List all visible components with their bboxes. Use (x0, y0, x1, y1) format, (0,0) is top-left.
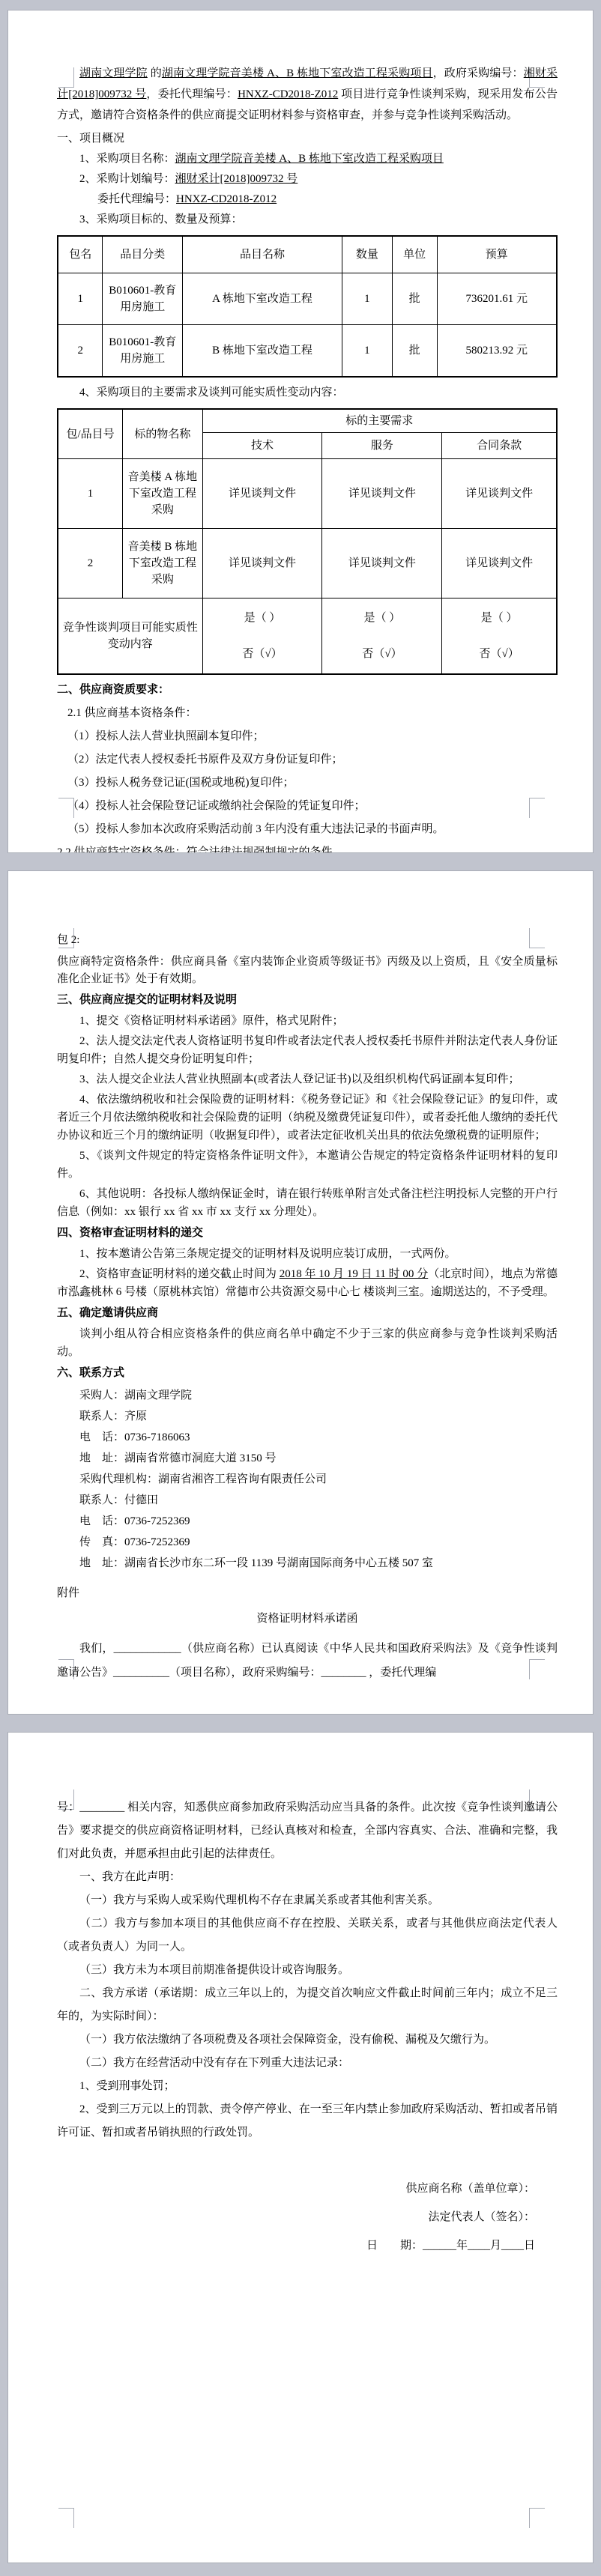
budget-table: 包名 品目分类 品目名称 数量 单位 预算 1 B010601-教育用房施工 A… (57, 235, 558, 378)
deadline-datetime: 2018 年 10 月 19 日 11 时 00 分 (280, 1268, 429, 1280)
data-cell: 736201.61 元 (437, 273, 557, 325)
table-row-substantive-change: 竞争性谈判项目可能实质性变动内容 是（ ）否（√） 是（ ）否（√） 是（ ）否… (58, 598, 557, 675)
header-cell: 合同条款 (442, 433, 557, 459)
commitment-item: （二）我方在经营活动中没有存在下列重大违法记录： (57, 2052, 558, 2075)
item-project-name: 1、采购项目名称：湖南文理学院音美楼 A、B 栋地下室改造工程采购项目 (57, 150, 558, 169)
data-cell: 1 (58, 273, 103, 325)
data-cell: 竞争性谈判项目可能实质性变动内容 (58, 598, 202, 675)
header-cell: 预算 (437, 236, 557, 273)
page-1-content: 湖南文理学院 的湖南文理学院音美楼 A、B 栋地下室改造工程采购项目，政府采购编… (57, 63, 558, 852)
label: 委托代理编号： (97, 193, 176, 205)
material-item: 1、提交《资格证明材料承诺函》原件，格式见附件； (57, 1012, 558, 1030)
item-plan-no: 2、采购计划编号：湘财采计[2018]009732 号 (57, 170, 558, 189)
violation-item: 1、受到刑事处罚； (57, 2075, 558, 2098)
data-cell: B 栋地下室改造工程 (182, 325, 342, 378)
label: 2、采购计划编号： (79, 173, 175, 185)
page-3: 号：________ 相关内容，知悉供应商参加政府采购活动应当具备的条件。此次按… (8, 1733, 593, 2563)
signature-block: 供应商名称（盖单位章）： 法定代表人（签名）： 日 期：______年____月… (57, 2175, 558, 2260)
text-segment: ，委托代理编 (366, 1667, 437, 1679)
label: 1、采购项目名称： (79, 153, 175, 165)
table-header-row: 包/品目号 标的物名称 标的主要需求 (58, 409, 557, 433)
contact-line: 联系人：齐原 (57, 1406, 558, 1427)
qualification-item: （1）投标人法人营业执照副本复印件； (57, 727, 558, 746)
material-item: 6、其他说明：各投标人缴纳保证金时，请在银行转账单附言处式备注栏注明投标人完整的… (57, 1185, 558, 1221)
page-2-content: 包 2: 供应商特定资格条件：供应商具备《室内装饰企业资质等级证书》丙级及以上资… (57, 931, 558, 1685)
text-segment: ，委托代理编号： (146, 88, 238, 100)
declaration-heading: 一、我方在此声明： (57, 1866, 558, 1889)
data-cell: 详见谈判文件 (442, 529, 557, 598)
promise-paragraph-2: 号：________ 相关内容，知悉供应商参加政府采购活动应当具备的条件。此次按… (57, 1796, 558, 1866)
contact-line: 传 真：0736-7252369 (57, 1532, 558, 1553)
heading-materials-to-submit: 三、供应商应提交的证明材料及说明 (57, 991, 558, 1009)
yes-no-cell: 是（ ）否（√） (322, 598, 442, 675)
yes-no-cell: 是（ ）否（√） (202, 598, 322, 675)
qualification-item: （3）投标人税务登记证(国税或地税)复印件； (57, 774, 558, 793)
declaration-item: （一）我方与采购人或采购代理机构不存在隶属关系或者其他利害关系。 (57, 1889, 558, 1912)
data-cell: 2 (58, 325, 103, 378)
project-name: 湖南文理学院音美楼 A、B 栋地下室改造工程采购项目 (162, 67, 433, 79)
value: 湘财采计[2018]009732 号 (175, 173, 298, 185)
table-row: 2 音美楼 B 栋地下室改造工程采购 详见谈判文件 详见谈判文件 详见谈判文件 (58, 529, 557, 598)
data-cell: 详见谈判文件 (442, 459, 557, 529)
delivery-item-deadline: 2、资格审查证明材料的递交截止时间为 2018 年 10 月 19 日 11 时… (57, 1265, 558, 1301)
header-cell: 技术 (202, 433, 322, 459)
yes-option: 是（ ） (206, 610, 319, 626)
text-segment: 相关内容，知悉供应商参加政府采购活动应当具备的条件。此次按《竞争性谈判邀请公告》… (57, 1801, 558, 1860)
header-cell: 包名 (58, 236, 103, 273)
qualification-item: （5）投标人参加本次政府采购活动前 3 年内没有重大违法记录的书面声明。 (57, 820, 558, 839)
material-item: 4、依法缴纳税收和社会保险费的证明材料：《税务登记证》和《社会保险登记证》的复印… (57, 1091, 558, 1145)
header-cell: 包/品目号 (58, 409, 123, 459)
qualification-item: （4）投标人社会保险登记证或缴纳社会保险的凭证复印件； (57, 797, 558, 816)
contact-line: 地 址：湖南省常德市洞庭大道 3150 号 (57, 1448, 558, 1469)
intro-paragraph: 湖南文理学院 的湖南文理学院音美楼 A、B 栋地下室改造工程采购项目，政府采购编… (57, 63, 558, 126)
signature-legal-rep: 法定代表人（签名）： (57, 2203, 558, 2231)
yes-option: 是（ ） (325, 610, 438, 626)
header-cell: 服务 (322, 433, 442, 459)
declaration-item: （二）我方与参加本项目的其他供应商不存在控股、关联关系，或者与其他供应商法定代表… (57, 1912, 558, 1959)
header-cell: 品目分类 (103, 236, 183, 273)
data-cell: 2 (58, 529, 123, 598)
material-item: 2、法人提交法定代表人资格证明书复印件或者法定代表人授权委托书原件并附法定代表人… (57, 1032, 558, 1068)
material-item: 3、法人提交企业法人营业执照副本(或者法人登记证书)以及组织机构代码证副本复印件… (57, 1070, 558, 1088)
declaration-item: （三）我方未为本项目前期准备提供设计或咨询服务。 (57, 1959, 558, 1982)
heading-supplier-qualification: 二、供应商资质要求： (57, 681, 558, 700)
header-cell: 单位 (392, 236, 437, 273)
no-option: 否（√） (325, 646, 438, 662)
value: 湖南文理学院音美楼 A、B 栋地下室改造工程采购项目 (175, 153, 444, 165)
data-cell: B010601-教育用房施工 (103, 273, 183, 325)
specific-qualification-heading: 2.2 供应商特定资格条件：符合法律法规强制规定的条件。 (57, 843, 558, 852)
data-cell: 1 (342, 273, 393, 325)
text-segment: 2、资格审查证明材料的递交截止时间为 (79, 1268, 280, 1280)
agency-no: HNXZ-CD2018-Z012 (238, 88, 338, 100)
data-cell: 批 (392, 273, 437, 325)
invited-suppliers-text: 谈判小组从符合相应资格条件的供应商名单中确定不少于三家的供应商参与竞争性谈判采购… (57, 1325, 558, 1361)
text-segment: ，政府采购编号： (433, 67, 524, 79)
heading-invited-suppliers: 五、确定邀请供应商 (57, 1304, 558, 1322)
header-cell: 标的物名称 (123, 409, 203, 459)
header-cell: 品目名称 (182, 236, 342, 273)
blank-project-name: __________ (113, 1667, 169, 1679)
table-row: 1 音美楼 A 栋地下室改造工程采购 详见谈判文件 详见谈判文件 详见谈判文件 (58, 459, 557, 529)
package-2-requirement: 供应商特定资格条件：供应商具备《室内装饰企业资质等级证书》丙级及以上资质，且《安… (57, 954, 558, 988)
data-cell: 批 (392, 325, 437, 378)
margin-corner-icon (529, 2508, 545, 2528)
data-cell: 1 (342, 325, 393, 378)
value: HNXZ-CD2018-Z012 (176, 193, 277, 205)
signature-supplier-name: 供应商名称（盖单位章）： (57, 2175, 558, 2203)
item-requirements-intro: 4、采购项目的主要需求及谈判可能实质性变动内容： (57, 384, 558, 402)
blank-supplier-name: ____________ (114, 1643, 181, 1655)
text-segment: 的 (148, 67, 162, 79)
material-item: 5、《谈判文件规定的特定资格条件证明文件》，本邀请公告规定的特定资格条件证明材料… (57, 1147, 558, 1183)
page-2: 包 2: 供应商特定资格条件：供应商具备《室内装饰企业资质等级证书》丙级及以上资… (8, 871, 593, 1714)
data-cell: 音美楼 A 栋地下室改造工程采购 (123, 459, 203, 529)
table-row: 1 B010601-教育用房施工 A 栋地下室改造工程 1 批 736201.6… (58, 273, 557, 325)
document-workspace: 湖南文理学院 的湖南文理学院音美楼 A、B 栋地下室改造工程采购项目，政府采购编… (0, 10, 601, 2563)
contact-line: 采购人：湖南文理学院 (57, 1385, 558, 1406)
margin-corner-icon (58, 2508, 74, 2528)
data-cell: 详见谈判文件 (322, 529, 442, 598)
no-option: 否（√） (206, 646, 319, 662)
qualification-item: （2）法定代表人授权委托书原件及双方身份证复印件； (57, 751, 558, 769)
yes-no-cell: 是（ ）否（√） (442, 598, 557, 675)
data-cell: 音美楼 B 栋地下室改造工程采购 (123, 529, 203, 598)
delivery-item-binding: 1、按本邀请公告第三条规定提交的证明材料及说明应装订成册，一式两份。 (57, 1245, 558, 1263)
heading-contact-info: 六、联系方式 (57, 1364, 558, 1382)
yes-option: 是（ ） (445, 610, 553, 626)
text-segment: （项目名称），政府采购编号： (169, 1667, 321, 1679)
text-segment: 我们， (79, 1643, 114, 1655)
data-cell: 详见谈判文件 (202, 459, 322, 529)
commitment-item: （一）我方依法缴纳了各项税费及各项社会保障资金，没有偷税、漏税及欠缴行为。 (57, 2028, 558, 2052)
promise-letter-title: 资格证明材料承诺函 (57, 1610, 558, 1628)
heading-project-overview: 一、项目概况 (57, 130, 558, 148)
signature-date: 日 期：______年____月____日 (57, 2231, 558, 2260)
table-header-row: 包名 品目分类 品目名称 数量 单位 预算 (58, 236, 557, 273)
contact-line: 电 话：0736-7186063 (57, 1427, 558, 1448)
data-cell: A 栋地下室改造工程 (182, 273, 342, 325)
contact-line: 地 址：湖南省长沙市东二环一段 1139 号湖南国际商务中心五楼 507 室 (57, 1553, 558, 1574)
buyer-name: 湖南文理学院 (79, 67, 148, 79)
data-cell: B010601-教育用房施工 (103, 325, 183, 378)
text-segment: 号： (57, 1801, 79, 1813)
attachment-label: 附件 (57, 1584, 558, 1602)
page-3-content: 号：________ 相关内容，知悉供应商参加政府采购活动应当具备的条件。此次按… (57, 1796, 558, 2260)
package-2-label: 包 2: (57, 931, 558, 949)
contact-line: 采购代理机构：湖南省湘咨工程咨询有限责任公司 (57, 1469, 558, 1490)
blank-agency-no: ________ (79, 1801, 124, 1813)
item-budget-intro: 3、采购项目标的、数量及预算： (57, 210, 558, 229)
data-cell: 详见谈判文件 (322, 459, 442, 529)
data-cell: 580213.92 元 (437, 325, 557, 378)
page-1: 湖南文理学院 的湖南文理学院音美楼 A、B 栋地下室改造工程采购项目，政府采购编… (8, 10, 593, 852)
basic-qualification-heading: 2.1 供应商基本资格条件： (57, 704, 558, 723)
data-cell: 详见谈判文件 (202, 529, 322, 598)
requirements-table: 包/品目号 标的物名称 标的主要需求 技术 服务 合同条款 1 音美楼 A 栋地… (57, 408, 558, 675)
data-cell: 1 (58, 459, 123, 529)
contact-line: 电 话：0736-7252369 (57, 1511, 558, 1532)
commitment-heading: 二、我方承诺（承诺期：成立三年以上的，为提交首次响应文件截止时间前三年内；成立不… (57, 1982, 558, 2028)
item-agency-no: 委托代理编号：HNXZ-CD2018-Z012 (57, 190, 558, 209)
no-option: 否（√） (445, 646, 553, 662)
heading-materials-delivery: 四、资格审查证明材料的递交 (57, 1224, 558, 1242)
promise-paragraph-1: 我们，____________（供应商名称）已认真阅读《中华人民共和国政府采购法… (57, 1637, 558, 1685)
violation-item: 2、受到三万元以上的罚款、责令停产停业、在一至三年内禁止参加政府采购活动、暂扣或… (57, 2098, 558, 2145)
contact-line: 联系人：付德田 (57, 1490, 558, 1511)
table-row: 2 B010601-教育用房施工 B 栋地下室改造工程 1 批 580213.9… (58, 325, 557, 378)
header-cell: 数量 (342, 236, 393, 273)
blank-procurement-no: ________ (321, 1667, 366, 1679)
header-cell: 标的主要需求 (202, 409, 557, 433)
